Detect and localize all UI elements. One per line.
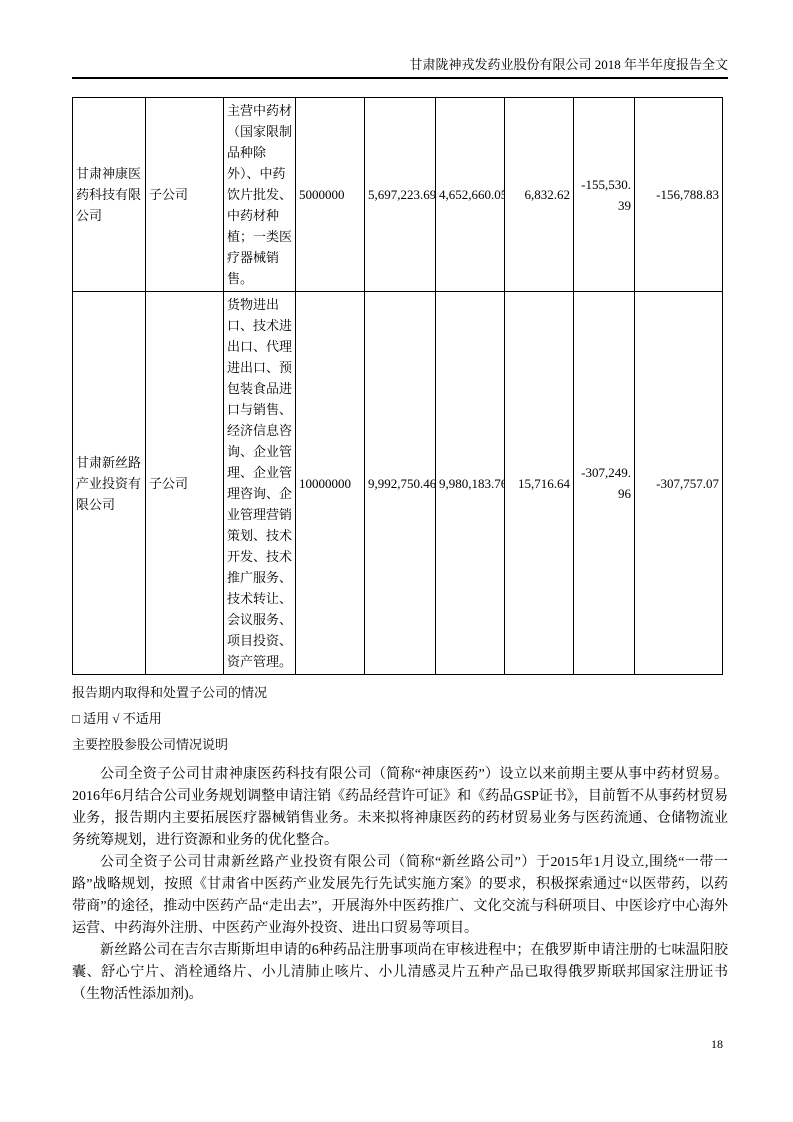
section-block: 报告期内取得和处置子公司的情况 □ 适用 √ 不适用 主要控股参股公司情况说明 (72, 686, 728, 752)
applicability-line: □ 适用 √ 不适用 (72, 712, 728, 726)
cell-registered-capital: 10000000 (296, 292, 365, 675)
subsidiaries-table: 甘肃神康医药科技有限公司 子公司 主营中药材（国家限制品种除外）、中药饮片批发、… (72, 97, 723, 675)
paragraph: 公司全资子公司甘肃神康医药科技有限公司（简称“神康医药”）设立以来前期主要从事中… (72, 764, 728, 852)
cell-net-profit: -156,788.83 (635, 98, 723, 292)
table-row: 甘肃新丝路产业投资有限公司 子公司 货物进出口、技术进出口、代理进出口、预包装食… (73, 292, 723, 675)
checkbox-empty-icon: □ (72, 711, 80, 726)
cell-main-business: 主营中药材（国家限制品种除外）、中药饮片批发、中药材种植；一类医疗器械销售。 (224, 98, 296, 292)
report-page: 甘肃陇神戎发药业股份有限公司 2018 年半年度报告全文 甘肃神康医药科技有限公… (0, 0, 793, 1122)
paragraph: 公司全资子公司甘肃新丝路产业投资有限公司（简称“新丝路公司”）于2015年1月设… (72, 852, 728, 940)
cell-total-assets: 5,697,223.69 (365, 98, 436, 292)
body-paragraphs: 公司全资子公司甘肃神康医药科技有限公司（简称“神康医药”）设立以来前期主要从事中… (72, 764, 728, 1006)
page-number: 18 (711, 1037, 723, 1052)
cell-total-assets: 9,992,750.46 (365, 292, 436, 675)
cell-net-profit: -307,757.07 (635, 292, 723, 675)
cell-net-assets: 9,980,183.76 (436, 292, 505, 675)
check-icon: √ (112, 711, 119, 726)
acquisition-disposal-title: 报告期内取得和处置子公司的情况 (72, 686, 728, 700)
paragraph: 新丝路公司在吉尔吉斯斯坦申请的6种药品注册事项尚在审核进程中；在俄罗斯申请注册的… (72, 940, 728, 1006)
cell-main-business: 货物进出口、技术进出口、代理进出口、预包装食品进口与销售、经济信息咨询、企业管理… (224, 292, 296, 675)
applicable-label: 适用 (83, 711, 109, 726)
cell-company-name: 甘肃神康医药科技有限公司 (73, 98, 146, 292)
cell-company-type: 子公司 (146, 292, 224, 675)
cell-registered-capital: 5000000 (296, 98, 365, 292)
cell-operating-profit: -155,530.39 (574, 98, 635, 292)
cell-revenue: 15,716.64 (505, 292, 574, 675)
page-content: 甘肃陇神戎发药业股份有限公司 2018 年半年度报告全文 甘肃神康医药科技有限公… (72, 0, 728, 1006)
table-row: 甘肃神康医药科技有限公司 子公司 主营中药材（国家限制品种除外）、中药饮片批发、… (73, 98, 723, 292)
cell-net-assets: 4,652,660.05 (436, 98, 505, 292)
cell-revenue: 6,832.62 (505, 98, 574, 292)
cell-company-type: 子公司 (146, 98, 224, 292)
holding-companies-title: 主要控股参股公司情况说明 (72, 738, 728, 752)
cell-company-name: 甘肃新丝路产业投资有限公司 (73, 292, 146, 675)
report-header-title: 甘肃陇神戎发药业股份有限公司 2018 年半年度报告全文 (72, 0, 728, 79)
cell-operating-profit: -307,249.96 (574, 292, 635, 675)
not-applicable-label: 不适用 (123, 711, 162, 726)
